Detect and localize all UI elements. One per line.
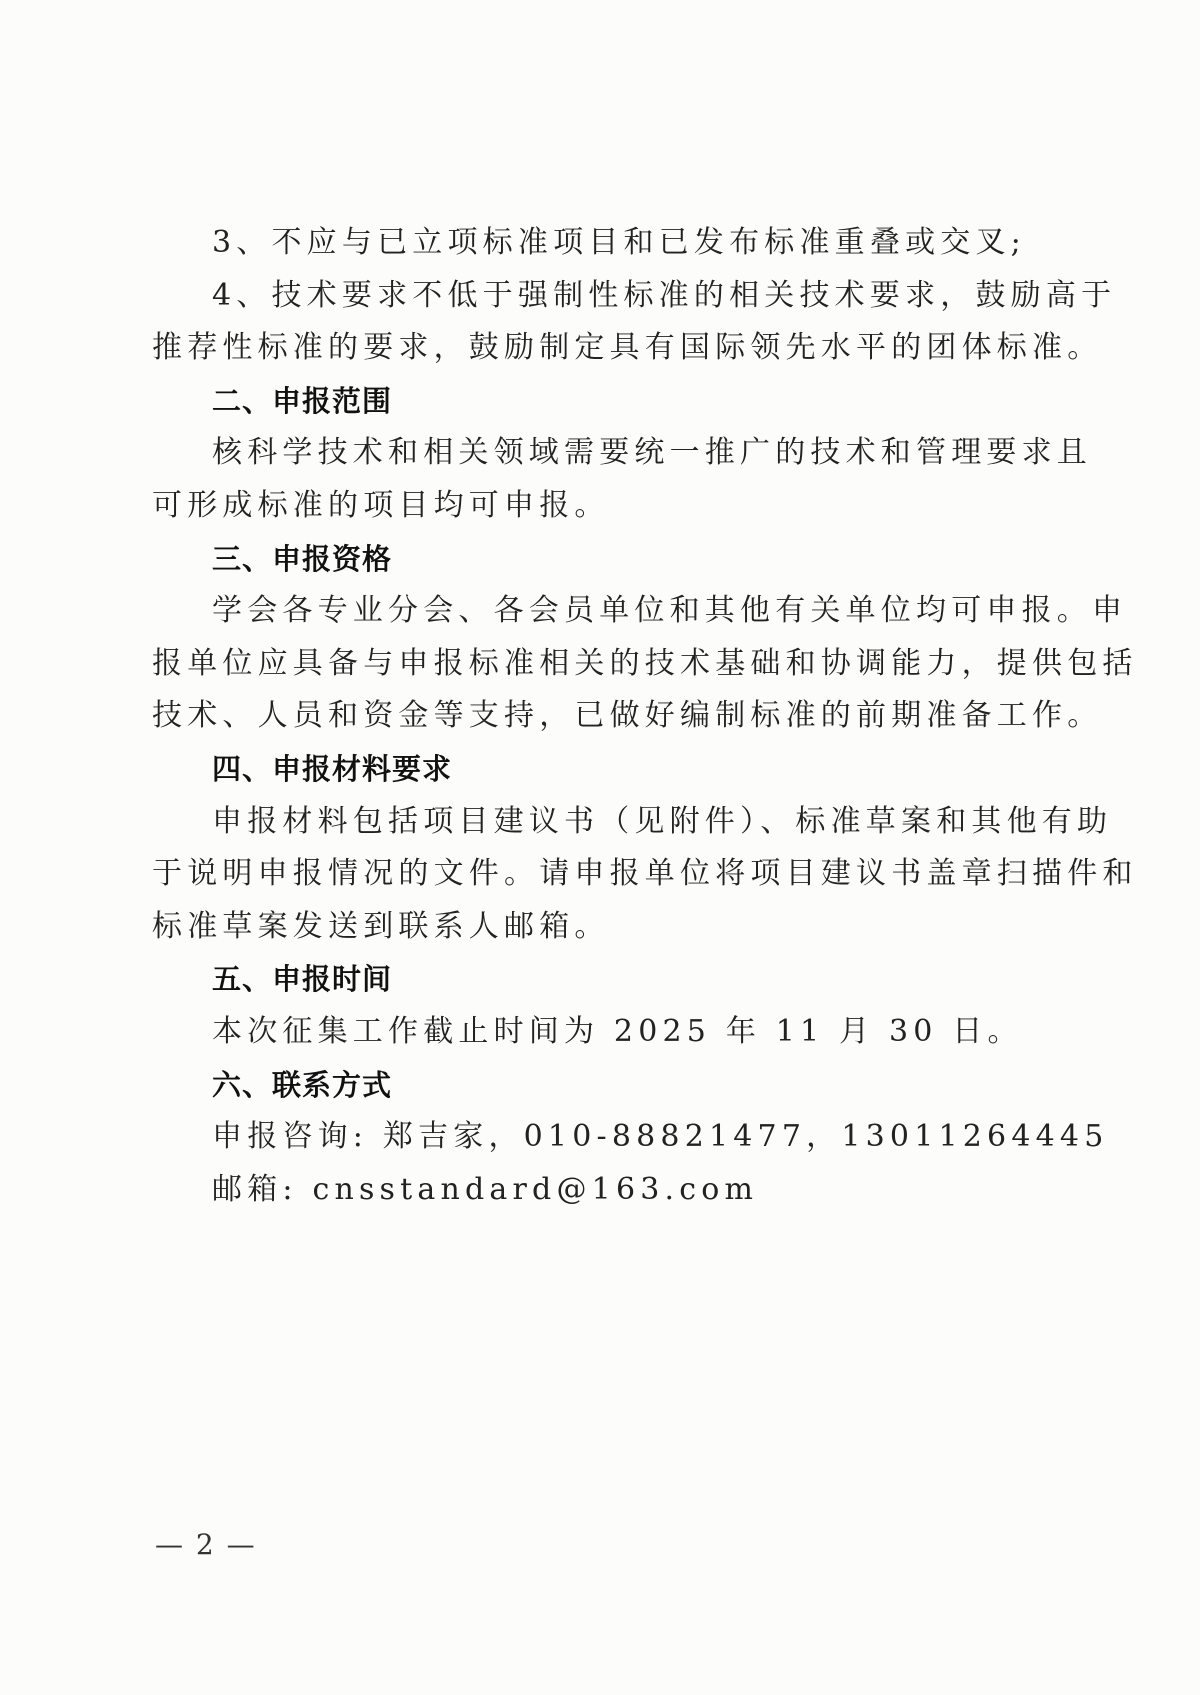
section-heading-eligibility: 三、申报资格 [152,533,982,586]
page-number: — 2 — [155,1528,257,1561]
section-heading-materials: 四、申报材料要求 [152,743,982,796]
materials-paragraph-line-1: 申报材料包括项目建议书（见附件）、标准草案和其他有助 [152,796,982,849]
section-heading-scope: 二、申报范围 [152,375,982,428]
deadline-text: 本次征集工作截止时间为 2025 年 11 月 30 日。 [152,1006,982,1059]
eligibility-paragraph-line-1: 学会各专业分会、各会员单位和其他有关单位均可申报。申 [152,585,982,638]
requirement-item-3: 3、不应与已立项标准项目和已发布标准重叠或交叉; [152,217,982,270]
contact-phone-line: 申报咨询: 郑吉家，010-88821477，13011264445 [152,1111,982,1164]
scope-paragraph-line-1: 核科学技术和相关领域需要统一推广的技术和管理要求且 [152,427,982,480]
document-body: 3、不应与已立项标准项目和已发布标准重叠或交叉; 4、技术要求不低于强制性标准的… [152,217,982,1216]
requirement-item-4-continued: 推荐性标准的要求，鼓励制定具有国际领先水平的团体标准。 [152,322,982,375]
section-heading-time: 五、申报时间 [152,953,982,1006]
eligibility-paragraph-line-2: 报单位应具备与申报标准相关的技术基础和协调能力，提供包括 [152,638,982,691]
section-heading-contact: 六、联系方式 [152,1059,982,1112]
materials-paragraph-line-3: 标准草案发送到联系人邮箱。 [152,901,982,954]
materials-paragraph-line-2: 于说明申报情况的文件。请申报单位将项目建议书盖章扫描件和 [152,848,982,901]
requirement-item-4: 4、技术要求不低于强制性标准的相关技术要求，鼓励高于 [152,270,982,323]
document-page: 3、不应与已立项标准项目和已发布标准重叠或交叉; 4、技术要求不低于强制性标准的… [0,0,1200,1695]
scope-paragraph-line-2: 可形成标准的项目均可申报。 [152,480,982,533]
contact-email-line: 邮箱: cnsstandard@163.com [152,1164,982,1217]
eligibility-paragraph-line-3: 技术、人员和资金等支持，已做好编制标准的前期准备工作。 [152,690,982,743]
